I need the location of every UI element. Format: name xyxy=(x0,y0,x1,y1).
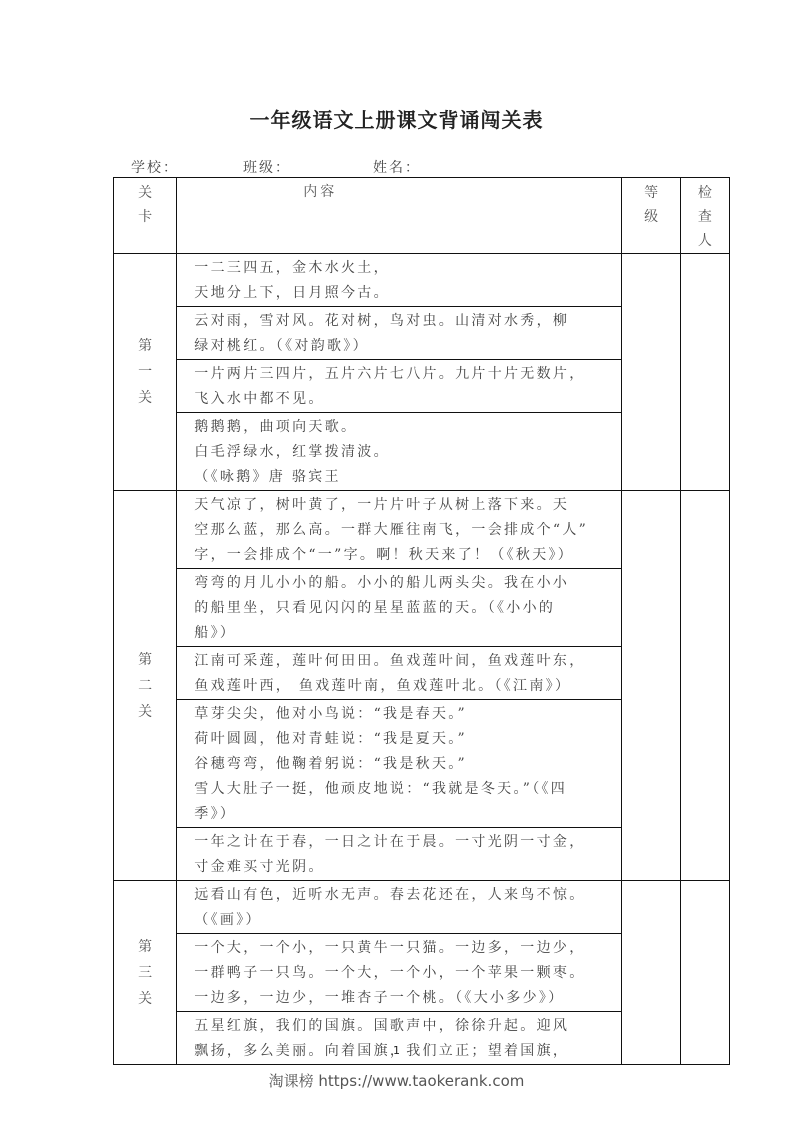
stage-label-char: 关 xyxy=(114,986,176,1012)
header-char: 查 xyxy=(681,205,729,229)
passage-line: 空那么蓝，那么高。一群大雁往南飞，一会排成个“人” xyxy=(194,518,615,543)
passage-line: 一群鸭子一只鸟。一个大，一个小，一个苹果一颗枣。 xyxy=(194,961,615,986)
passage-line: 季》） xyxy=(194,802,615,827)
stage-label-char: 二 xyxy=(114,673,176,699)
passage-line: 一片两片三四片，五片六片七八片。九片十片无数片， xyxy=(194,362,615,387)
header-level: 关 卡 xyxy=(114,178,177,254)
stage-label-char: 第 xyxy=(114,647,176,673)
header-content-label: 内容 xyxy=(177,178,621,201)
passage-cell: 草芽尖尖，他对小鸟说：“我是春天。”荷叶圆圆，他对青蛙说：“我是夏天。”谷穗弯弯… xyxy=(177,700,622,828)
grade-cell[interactable] xyxy=(622,491,680,881)
stage-label-char: 一 xyxy=(114,359,176,385)
passage-line: 飞入水中都不见。 xyxy=(194,387,615,412)
passage-line: 远看山有色，近听水无声。春去花还在，人来鸟不惊。 xyxy=(194,883,615,908)
class-label: 班级： xyxy=(243,157,291,177)
stage-label-char: 第 xyxy=(114,934,176,960)
passage-line: 的船里坐，只看见闪闪的星星蓝蓝的天。（《小小的 xyxy=(194,596,615,621)
header-char: 关 xyxy=(114,181,176,205)
checker-cell[interactable] xyxy=(680,881,729,1065)
passage-line: 天气凉了，树叶黄了，一片片叶子从树上落下来。天 xyxy=(194,493,615,518)
passage-line: 寸金难买寸光阴。 xyxy=(194,855,615,880)
passage-line: 一个大，一个小，一只黄牛一只猫。一边多，一边少， xyxy=(194,936,615,961)
recitation-table: 关 卡 内容 等 级 检 查 人 第一关一二三四五，金木水火土，天地分上下，日月… xyxy=(113,177,730,1065)
passage-line: 草芽尖尖，他对小鸟说：“我是春天。” xyxy=(194,702,615,727)
passage-cell: 天气凉了，树叶黄了，一片片叶子从树上落下来。天空那么蓝，那么高。一群大雁往南飞，… xyxy=(177,491,622,569)
passage-line: 弯弯的月儿小小的船。小小的船儿两头尖。我在小小 xyxy=(194,571,615,596)
header-char: 卡 xyxy=(114,205,176,229)
header-char: 级 xyxy=(622,205,679,229)
table-row: 第一关一二三四五，金木水火土，天地分上下，日月照今古。 xyxy=(114,254,730,307)
passage-line: 船》） xyxy=(194,621,615,646)
header-grade: 等 级 xyxy=(622,178,680,254)
footer-watermark: 淘课榜 https://www.taokerank.com xyxy=(0,1070,793,1091)
passage-line: 荷叶圆圆，他对青蛙说：“我是夏天。” xyxy=(194,727,615,752)
checker-cell[interactable] xyxy=(680,254,729,491)
passage-cell: 弯弯的月儿小小的船。小小的船儿两头尖。我在小小的船里坐，只看见闪闪的星星蓝蓝的天… xyxy=(177,569,622,647)
passage-line: 天地分上下，日月照今古。 xyxy=(194,281,615,306)
header-char: 检 xyxy=(681,181,729,205)
header-content: 内容 xyxy=(177,178,622,254)
passage-line: 江南可采莲，莲叶何田田。鱼戏莲叶间，鱼戏莲叶东， xyxy=(194,649,615,674)
passage-cell: 鹅鹅鹅，曲项向天歌。白毛浮绿水，红掌拨清波。（《咏鹅》唐 骆宾王 xyxy=(177,413,622,491)
stage-label-cell: 第二关 xyxy=(114,491,177,881)
passage-line: （《画》） xyxy=(194,908,615,933)
header-char: 等 xyxy=(622,181,679,205)
passage-line: 绿对桃红。（《对韵歌》） xyxy=(194,334,615,359)
stage-label-char: 关 xyxy=(114,385,176,411)
passage-cell: 一年之计在于春，一日之计在于晨。一寸光阴一寸金，寸金难买寸光阴。 xyxy=(177,828,622,881)
header-char: 人 xyxy=(681,229,729,253)
school-label: 学校： xyxy=(131,157,179,177)
passage-line: 字，一会排成个“一”字。啊！秋天来了！（《秋天》） xyxy=(194,543,615,568)
table-row: 第三关远看山有色，近听水无声。春去花还在，人来鸟不惊。（《画》） xyxy=(114,881,730,934)
passage-line: 一年之计在于春，一日之计在于晨。一寸光阴一寸金， xyxy=(194,830,615,855)
passage-line: 谷穗弯弯，他鞠着躬说：“我是秋天。” xyxy=(194,752,615,777)
stage-label-cell: 第一关 xyxy=(114,254,177,491)
stage-label-char: 第 xyxy=(114,333,176,359)
name-label: 姓名： xyxy=(373,157,421,177)
stage-label-cell: 第三关 xyxy=(114,881,177,1065)
stage-label-char: 关 xyxy=(114,699,176,725)
table-row: 第二关天气凉了，树叶黄了，一片片叶子从树上落下来。天空那么蓝，那么高。一群大雁往… xyxy=(114,491,730,569)
passage-line: 五星红旗，我们的国旗。国歌声中，徐徐升起。迎风 xyxy=(194,1014,615,1039)
passage-line: 白毛浮绿水，红掌拨清波。 xyxy=(194,440,615,465)
passage-line: （《咏鹅》唐 骆宾王 xyxy=(194,465,615,490)
passage-line: 雪人大肚子一挺，他顽皮地说：“我就是冬天。”（《四 xyxy=(194,777,615,802)
passage-line: 云对雨，雪对风。花对树，鸟对虫。山清对水秀，柳 xyxy=(194,309,615,334)
grade-cell[interactable] xyxy=(622,254,680,491)
passage-cell: 一二三四五，金木水火土，天地分上下，日月照今古。 xyxy=(177,254,622,307)
passage-cell: 远看山有色，近听水无声。春去花还在，人来鸟不惊。（《画》） xyxy=(177,881,622,934)
passage-line: 一二三四五，金木水火土， xyxy=(194,256,615,281)
passage-line: 鹅鹅鹅，曲项向天歌。 xyxy=(194,415,615,440)
header-row: 关 卡 内容 等 级 检 查 人 xyxy=(114,178,730,254)
passage-line: 一边多，一边少，一堆杏子一个桃。（《大小多少》） xyxy=(194,986,615,1011)
page-title: 一年级语文上册课文背诵闯关表 xyxy=(0,104,793,133)
passage-cell: 一片两片三四片，五片六片七八片。九片十片无数片，飞入水中都不见。 xyxy=(177,360,622,413)
stage-label-char: 三 xyxy=(114,960,176,986)
header-checker: 检 查 人 xyxy=(680,178,729,254)
passage-cell: 一个大，一个小，一只黄牛一只猫。一边多，一边少，一群鸭子一只鸟。一个大，一个小，… xyxy=(177,934,622,1012)
checker-cell[interactable] xyxy=(680,491,729,881)
passage-line: 鱼戏莲叶西， 鱼戏莲叶南，鱼戏莲叶北。（《江南》） xyxy=(194,674,615,699)
grade-cell[interactable] xyxy=(622,881,680,1065)
passage-cell: 云对雨，雪对风。花对树，鸟对虫。山清对水秀，柳绿对桃红。（《对韵歌》） xyxy=(177,307,622,360)
passage-cell: 江南可采莲，莲叶何田田。鱼戏莲叶间，鱼戏莲叶东，鱼戏莲叶西， 鱼戏莲叶南，鱼戏莲… xyxy=(177,647,622,700)
page-number: 1 xyxy=(0,1044,793,1057)
